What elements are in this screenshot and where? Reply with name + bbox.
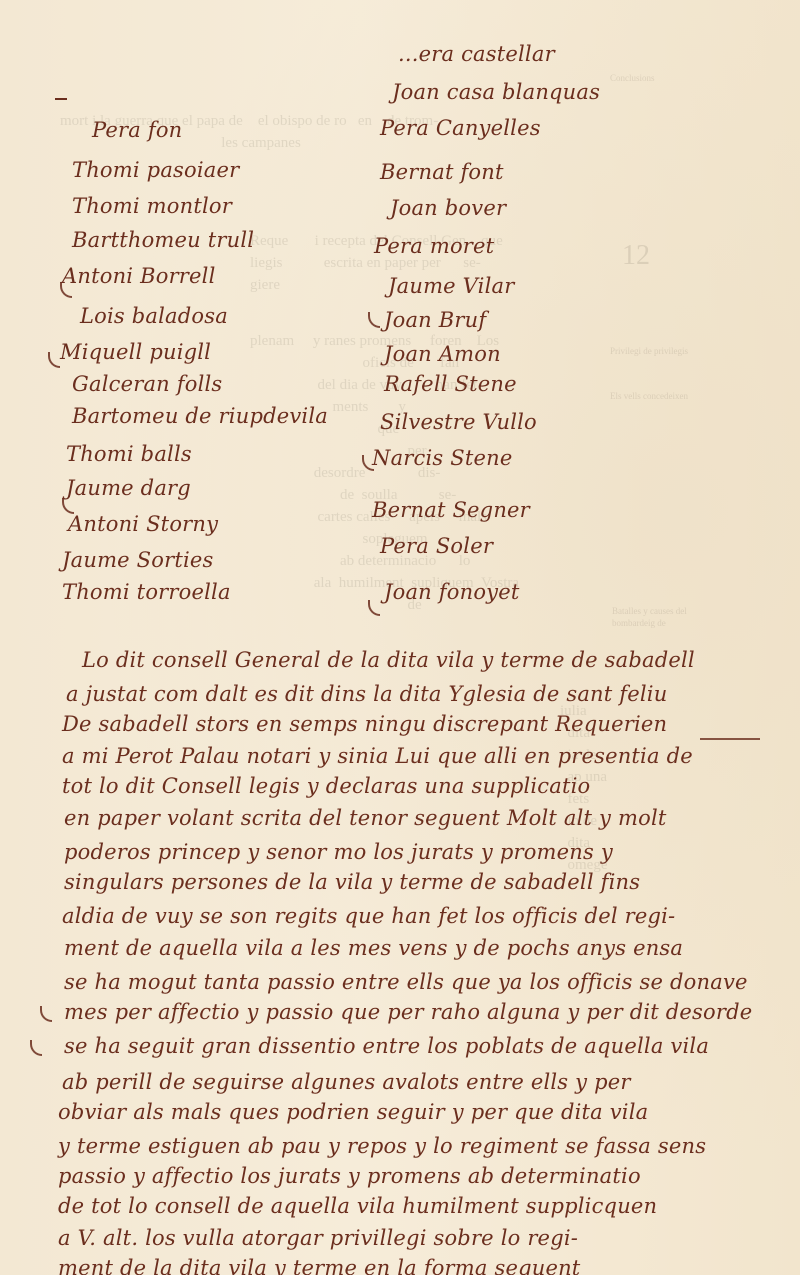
- paragraph-line: a V. alt. los vulla atorgar privillegi s…: [58, 1226, 578, 1250]
- signatory-name: Pera Canyelles: [380, 116, 541, 140]
- bleedthrough-page-number: 12: [622, 240, 650, 272]
- paragraph-line: se ha seguit gran dissentio entre los po…: [64, 1034, 709, 1058]
- paragraph-line: passio y affectio los jurats y promens a…: [58, 1164, 641, 1188]
- flourish-mark: [48, 352, 60, 368]
- flourish-mark: [368, 600, 380, 616]
- signatory-name: Narcis Stene: [372, 446, 512, 470]
- signatory-name: Pera moret: [374, 234, 494, 258]
- paragraph-line: ab perill de seguirse algunes avalots en…: [62, 1070, 631, 1094]
- signatory-name: Thomi torroella: [62, 580, 231, 604]
- bleedthrough-sidenote: Privilegi de privilegis: [610, 345, 700, 357]
- signatory-name: Thomi balls: [66, 442, 192, 466]
- signatory-name: Thomi pasoiaer: [72, 158, 239, 182]
- signatory-name: Bernat font: [380, 160, 504, 184]
- paragraph-line: en paper volant scrita del tenor seguent…: [64, 806, 667, 830]
- paragraph-line: obviar als mals ques podrien seguir y pe…: [58, 1100, 648, 1124]
- flourish-mark: [60, 282, 72, 298]
- signatory-name: Lois baladosa: [80, 304, 228, 328]
- manuscript-page: mort i la guerra que el papa de el obisp…: [0, 0, 800, 1275]
- paragraph-line: aldia de vuy se son regits que han fet l…: [62, 904, 675, 928]
- signatory-name: Antoni Storny: [68, 512, 218, 536]
- flourish-mark: [62, 498, 74, 514]
- paragraph-line: ment de la dita vila y terme en la forma…: [58, 1256, 580, 1275]
- paragraph-line: a mi Perot Palau notari y sinia Lui que …: [62, 744, 693, 768]
- paragraph-line: de tot lo consell de aquella vila humilm…: [58, 1194, 657, 1218]
- line-end-stroke: [700, 738, 760, 740]
- signatory-name: Rafell Stene: [384, 372, 517, 396]
- signatory-name: Joan bover: [390, 196, 506, 220]
- mark: [55, 98, 67, 100]
- signatory-name: ...era castellar: [398, 42, 555, 66]
- paragraph-line: poderos princep y senor mo los jurats y …: [64, 840, 613, 864]
- signatory-name: Bartthomeu trull: [72, 228, 254, 252]
- signatory-name: Galceran folls: [72, 372, 222, 396]
- signatory-name: Jaume darg: [66, 476, 191, 500]
- paragraph-line: y terme estiguen ab pau y repos y lo reg…: [58, 1134, 706, 1158]
- signatory-name: Joan Amon: [384, 342, 501, 366]
- flourish-mark: [30, 1040, 42, 1056]
- signatory-name: Miquell puigll: [60, 340, 211, 364]
- paragraph-line: tot lo dit Consell legis y declaras una …: [62, 774, 590, 798]
- bleedthrough-sidenote: Els vells concedeixen: [610, 390, 700, 402]
- paragraph-line: singulars persones de la vila y terme de…: [64, 870, 640, 894]
- bleedthrough-sidenote: Batalles y causes del bombardeig de: [612, 605, 702, 629]
- paragraph-line: De sabadell stors en semps ningu discrep…: [62, 712, 667, 736]
- signatory-name: Silvestre Vullo: [380, 410, 537, 434]
- paragraph-line: se ha mogut tanta passio entre ells que …: [64, 970, 748, 994]
- signatory-name: Pera fon: [92, 118, 182, 142]
- flourish-mark: [40, 1006, 52, 1022]
- paragraph-line: mes per affectio y passio que per raho a…: [64, 1000, 752, 1024]
- signatory-name: Jaume Vilar: [388, 274, 514, 298]
- signatory-name: Joan casa blanquas: [392, 80, 600, 104]
- flourish-mark: [368, 312, 380, 328]
- signatory-name: Pera Soler: [380, 534, 493, 558]
- signatory-name: Thomi montlor: [72, 194, 232, 218]
- signatory-name: Antoni Borrell: [62, 264, 216, 288]
- signatory-name: Bernat Segner: [372, 498, 530, 522]
- paragraph-line: ment de aquella vila a les mes vens y de…: [64, 936, 683, 960]
- signatory-name: Joan fonoyet: [384, 580, 520, 604]
- signatory-name: Joan Bruf: [384, 308, 486, 332]
- paragraph-line: a justat com dalt es dit dins la dita Yg…: [66, 682, 667, 706]
- bleedthrough-sidenote: Conclusions: [610, 72, 700, 84]
- signatory-name: Bartomeu de riupdevila: [72, 404, 328, 428]
- flourish-mark: [362, 455, 374, 471]
- signatory-name: Jaume Sorties: [62, 548, 214, 572]
- paragraph-line: Lo dit consell General de la dita vila y…: [82, 648, 695, 672]
